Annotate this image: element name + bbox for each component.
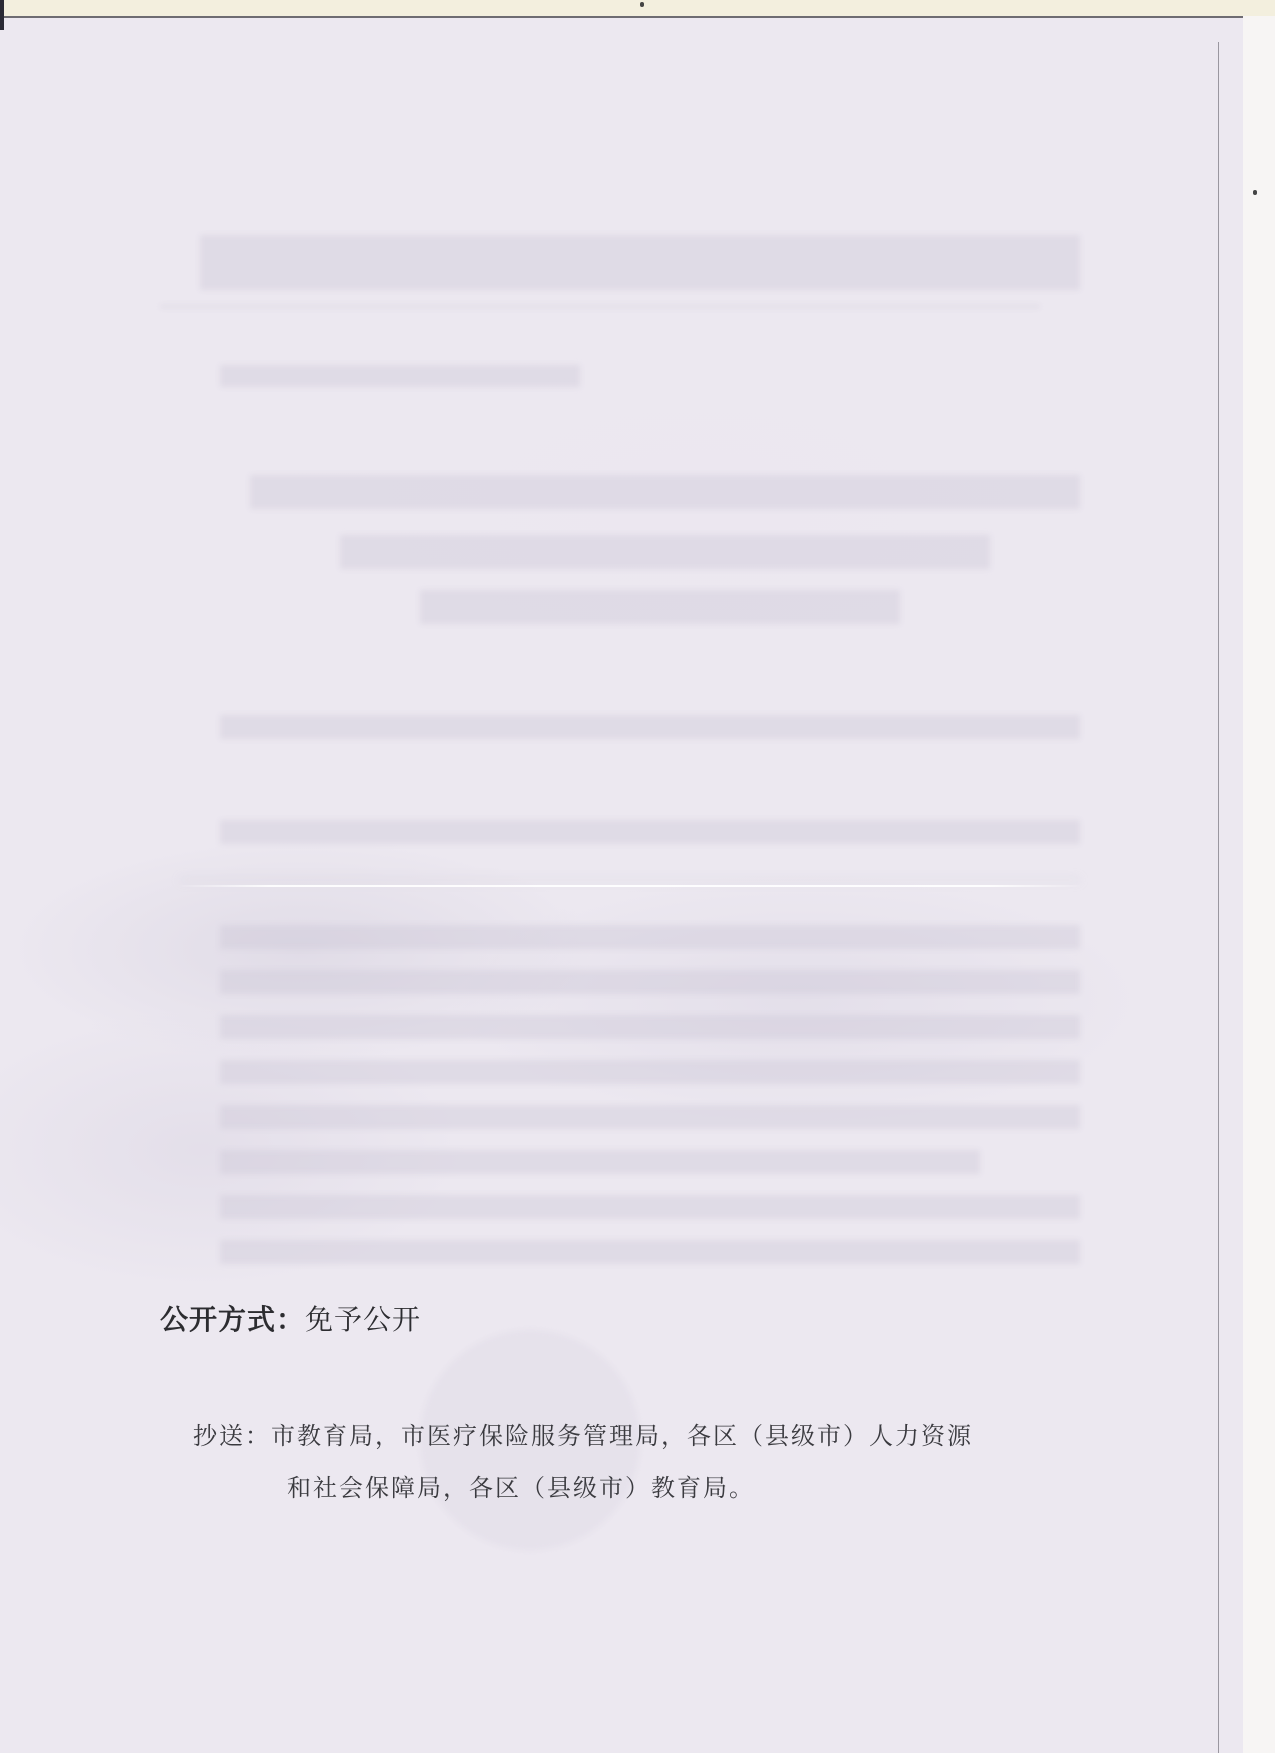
bleed-through-paragraph — [220, 1015, 1080, 1039]
scan-speck — [640, 2, 644, 7]
bleed-through-title-line2 — [340, 535, 990, 569]
disclosure-method: 公开方式：免予公开 — [160, 1298, 421, 1338]
bleed-through-paragraph — [220, 1150, 980, 1174]
scan-speck — [1253, 190, 1257, 195]
cc-recipients: 抄送：市教育局，市医疗保险服务管理局，各区（县级市）人力资源 和社会保障局，各区… — [193, 1410, 1093, 1514]
bleed-through-paragraph — [220, 1105, 1080, 1129]
bleed-through-title-line3 — [420, 590, 900, 624]
cc-recipients-line2: 和社会保障局，各区（县级市）教育局。 — [287, 1474, 755, 1502]
paper-fold-crease — [180, 885, 1080, 887]
page-edge-rule — [1218, 42, 1219, 1753]
bleed-through-paragraph — [220, 1240, 1080, 1264]
scan-right-margin — [1243, 16, 1275, 1753]
bleed-through-paragraph — [220, 925, 1080, 949]
cc-label: 抄送： — [193, 1422, 271, 1450]
cc-line-2: 和社会保障局，各区（县级市）教育局。 — [193, 1462, 1093, 1514]
scan-top-edge — [0, 0, 1275, 18]
scan-left-edge-mark — [0, 0, 4, 30]
bleed-through-paragraph — [220, 715, 1080, 739]
bleed-through-rule — [160, 305, 1040, 308]
disclosure-label: 公开方式： — [160, 1303, 305, 1336]
cc-line-1: 抄送：市教育局，市医疗保险服务管理局，各区（县级市）人力资源 — [193, 1410, 1093, 1462]
bleed-through-paragraph — [220, 1195, 1080, 1219]
bleed-through-paragraph — [220, 820, 1080, 844]
bleed-through-paragraph — [220, 970, 1080, 994]
bleed-through-letterhead — [200, 235, 1080, 290]
disclosure-value: 免予公开 — [305, 1303, 421, 1336]
bleed-through-paragraph — [220, 1060, 1080, 1084]
bleed-through-title-line1 — [250, 475, 1080, 509]
bleed-through-docnumber — [220, 365, 580, 387]
cc-recipients-line1: 市教育局，市医疗保险服务管理局，各区（县级市）人力资源 — [271, 1422, 973, 1450]
